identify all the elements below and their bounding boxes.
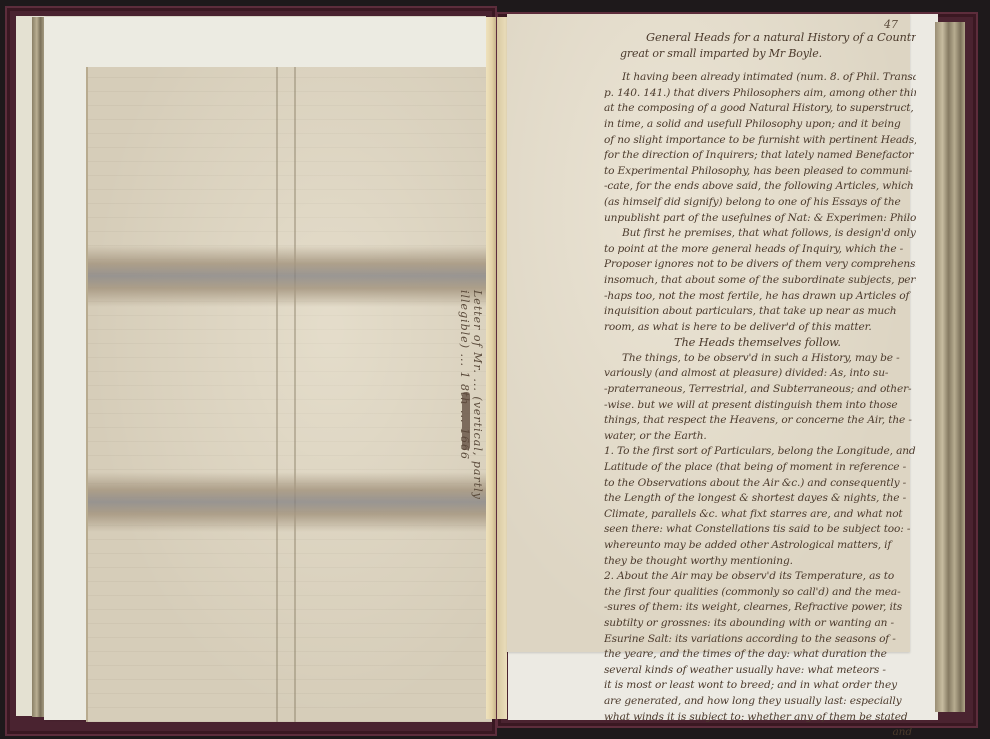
- text-line: insomuch, that about some of the subordi…: [604, 273, 916, 289]
- text-line: It having been already intimated (num. 8…: [604, 70, 916, 86]
- text-line: -wise. but we will at present distinguis…: [604, 398, 916, 414]
- text-line: they be thought worthy mentioning.: [604, 554, 916, 570]
- text-line: the Length of the longest & shortest day…: [604, 491, 916, 507]
- text-line: of no slight importance to be furnisht w…: [604, 133, 916, 149]
- left-leaf: [86, 67, 492, 722]
- text-line: 1. To the first sort of Particulars, bel…: [604, 444, 916, 460]
- left-page-edge: [32, 17, 44, 717]
- fold-line: [294, 67, 296, 722]
- section-heading: The Heads themselves follow.: [604, 335, 916, 351]
- stain-band-lower: [88, 472, 492, 532]
- fold-line: [276, 67, 278, 722]
- text-line: to Experimental Philosophy, has been ple…: [604, 164, 916, 180]
- text-line: -haps too, not the most fertile, he has …: [604, 289, 916, 305]
- text-line: room, as what is here to be deliver'd of…: [604, 320, 916, 336]
- paragraph-division: The things, to be observ'd in such a His…: [604, 351, 916, 445]
- gutter-guard-2: [497, 17, 507, 719]
- text-line: unpublisht part of the usefulnes of Nat:…: [604, 211, 916, 227]
- text-line: -praterraneous, Terrestrial, and Subterr…: [604, 382, 916, 398]
- text-line: the first four qualities (commonly so ca…: [604, 585, 916, 601]
- text-line: inquisition about particulars, that take…: [604, 304, 916, 320]
- stain-band-upper: [88, 245, 492, 307]
- text-line: variously (and almost at pleasure) divid…: [604, 366, 916, 382]
- text-line: several kinds of weather usually have: w…: [604, 663, 916, 679]
- text-line: (as himself did signify) belong to one o…: [604, 195, 916, 211]
- text-line: water, or the Earth.: [604, 429, 916, 445]
- text-line: p. 140. 141.) that divers Philosophers a…: [604, 86, 916, 102]
- paragraph-heavens: 1. To the first sort of Particulars, bel…: [604, 444, 916, 569]
- gutter-guard: [486, 17, 496, 719]
- text-line: -cate, for the ends above said, the foll…: [604, 179, 916, 195]
- text-line: it is most or least wont to breed; and i…: [604, 678, 916, 694]
- paragraph-premises: But first he premises, that what follows…: [604, 226, 916, 335]
- catchword: and: [604, 725, 916, 739]
- text-line: in time, a solid and usefull Philosophy …: [604, 117, 916, 133]
- text-line: are generated, and how long they usually…: [604, 694, 916, 710]
- title-line: General Heads for a natural History of a…: [604, 30, 916, 46]
- text-line: the yeare, and the times of the day: wha…: [604, 647, 916, 663]
- text-line: Climate, parallels &c. what fixt starres…: [604, 507, 916, 523]
- right-page-edge: [935, 22, 965, 712]
- paragraph-intro: It having been already intimated (num. 8…: [604, 70, 916, 226]
- text-line: at the composing of a good Natural Histo…: [604, 101, 916, 117]
- text-line: seen there: what Constellations tis said…: [604, 522, 916, 538]
- text-line: Esurine Salt: its variations according t…: [604, 632, 916, 648]
- text-line: to the Observations about the Air &c.) a…: [604, 476, 916, 492]
- text-line: But first he premises, that what follows…: [604, 226, 916, 242]
- text-line: things, that respect the Heavens, or con…: [604, 413, 916, 429]
- text-line: subtilty or grossnes: its abounding with…: [604, 616, 916, 632]
- text-line: whereunto may be added other Astrologica…: [604, 538, 916, 554]
- manuscript-text: General Heads for a natural History of a…: [604, 30, 916, 739]
- text-line: -sures of them: its weight, clearnes, Re…: [604, 600, 916, 616]
- text-line: Proposer ignores not to be divers of the…: [604, 257, 916, 273]
- text-line: for the direction of Inquirers; that lat…: [604, 148, 916, 164]
- title-line: great or small imparted by Mr Boyle.: [604, 46, 916, 62]
- text-line: to point at the more general heads of In…: [604, 242, 916, 258]
- text-line: what winds it is subject to; whether any…: [604, 710, 916, 726]
- text-line: The things, to be observ'd in such a His…: [604, 351, 916, 367]
- text-line: Latitude of the place (that being of mom…: [604, 460, 916, 476]
- endorsement-flourish: [462, 392, 470, 450]
- text-line: 2. About the Air may be observ'd its Tem…: [604, 569, 916, 585]
- paragraph-air: 2. About the Air may be observ'd its Tem…: [604, 569, 916, 725]
